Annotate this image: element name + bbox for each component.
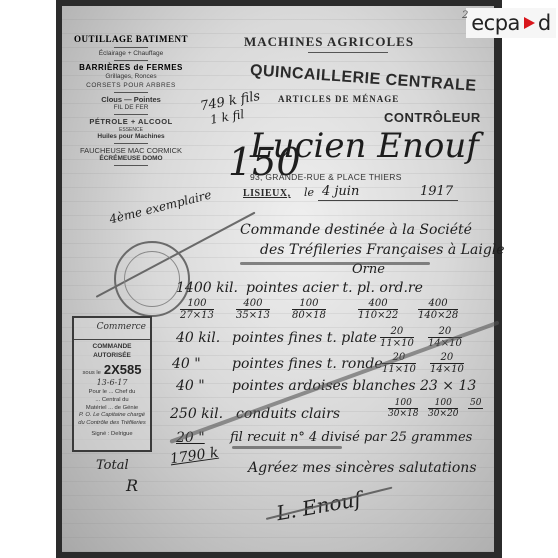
date-year: 1917: [420, 184, 453, 199]
fraction: 50: [468, 398, 483, 409]
divider: [114, 92, 148, 93]
fraction: 2014×10: [430, 352, 464, 375]
order-line-desc-5: fil recuit n° 4 divisé par 25 grammes: [230, 430, 472, 445]
initial: R: [126, 476, 138, 495]
letterhead-top-line: MACHINES AGRICOLES: [244, 34, 414, 50]
left-line-7: PÉTROLE + ALCOOL: [66, 117, 196, 126]
city: LISIEUX,: [243, 188, 291, 199]
logo-text-right: d: [538, 11, 551, 35]
order-line-desc-0: pointes acier t. pl. ord.re: [246, 280, 423, 296]
date-prefix: le: [304, 186, 314, 199]
fraction: 10027×13: [180, 298, 214, 321]
left-line-0: OUTILLAGE BATIMENT: [66, 34, 196, 45]
date-line: [318, 200, 458, 201]
left-line-2: BARRIÈRES de FERMES: [66, 63, 196, 73]
divider: [114, 165, 148, 166]
fraction: 10080×18: [292, 298, 326, 321]
total-label: Total: [96, 458, 129, 473]
divider: [114, 60, 148, 61]
round-stamp: [114, 241, 190, 317]
letterhead-left-column: OUTILLAGE BATIMENT Éclairage + Chauffage…: [66, 34, 196, 168]
left-line-4: CORSETS POUR ARBRES: [66, 82, 196, 90]
order-intro-3: Orne: [352, 262, 385, 277]
stamp-title: COMMANDE AUTORISÉE: [74, 343, 150, 361]
left-line-5: Clous — Pointes: [66, 95, 196, 104]
stamp-number-row: sous le 2X585: [74, 361, 150, 379]
stamp-body-1: Pour le ... Chef du: [74, 389, 150, 397]
order-line-qty-3: 40 ": [176, 378, 205, 394]
play-arrow-icon: [524, 17, 535, 29]
order-line-qty-2: 40 ": [172, 356, 201, 372]
order-intro-1: Commande destinée à la Société: [240, 222, 472, 238]
divider: [308, 52, 388, 53]
fraction: 400110×22: [358, 298, 398, 321]
left-line-11: ÉCRÉMEUSE DOMO: [66, 155, 196, 163]
order-line-desc-3: pointes ardoises blanches 23 × 13: [232, 378, 476, 394]
stamp-number: 2X585: [104, 361, 142, 379]
left-line-1: Éclairage + Chauffage: [66, 50, 196, 58]
stamp-body-5: du Contrôle des Tréfileries: [74, 420, 150, 428]
stamp-body-2: ... Central du: [74, 397, 150, 405]
divider: [114, 143, 148, 144]
controleur-stamp: CONTRÔLEUR: [384, 110, 481, 125]
fraction: 10030×18: [388, 398, 418, 419]
stamp-number-prefix: sous le: [83, 370, 101, 378]
big-number: 150: [228, 140, 301, 184]
page-number: 2: [462, 10, 468, 21]
closing: Agréez mes sincères salutations: [248, 460, 477, 476]
underline-stroke: [232, 446, 342, 449]
fraction: 40035×13: [236, 298, 270, 321]
order-line-qty-1: 40 kil.: [176, 330, 220, 346]
divider: [114, 114, 148, 115]
left-line-6: FIL DE FER: [66, 104, 196, 112]
order-intro-2: des Tréfileries Françaises à Laigle: [260, 242, 505, 258]
left-line-10: FAUCHEUSE MAC CORMICK: [66, 146, 196, 155]
order-line-qty-0: 1400 kil.: [176, 280, 238, 296]
order-line-desc-1: pointes fines t. plate: [232, 330, 377, 346]
fraction: 10030×20: [428, 398, 458, 419]
stamp-header: Commerce: [74, 318, 150, 340]
stamp-body-4: P. O. Le Capitaine chargé: [74, 412, 150, 420]
left-line-3: Grillages, Ronces: [66, 73, 196, 81]
authorization-stamp: Commerce COMMANDE AUTORISÉE sous le 2X58…: [72, 316, 152, 452]
divider: [114, 47, 148, 48]
stamp-date: 13-6-17: [74, 378, 150, 389]
stamp-body-3: Matériel ... de Génie: [74, 405, 150, 413]
fraction: 2011×10: [380, 326, 414, 349]
date-day: 4 juin: [322, 184, 359, 199]
order-line-qty-4: 250 kil.: [170, 406, 223, 422]
stamp-signed: Signé : Delrigue: [74, 431, 150, 439]
business-subtitle: ARTICLES DE MÉNAGE: [278, 94, 399, 104]
fraction: 400140×28: [418, 298, 458, 321]
underline-stroke: [240, 262, 430, 265]
left-line-9: Huiles pour Machines: [66, 133, 196, 141]
ecpad-logo: ecpa d: [466, 8, 556, 38]
logo-text-left: ecpa: [471, 11, 520, 35]
